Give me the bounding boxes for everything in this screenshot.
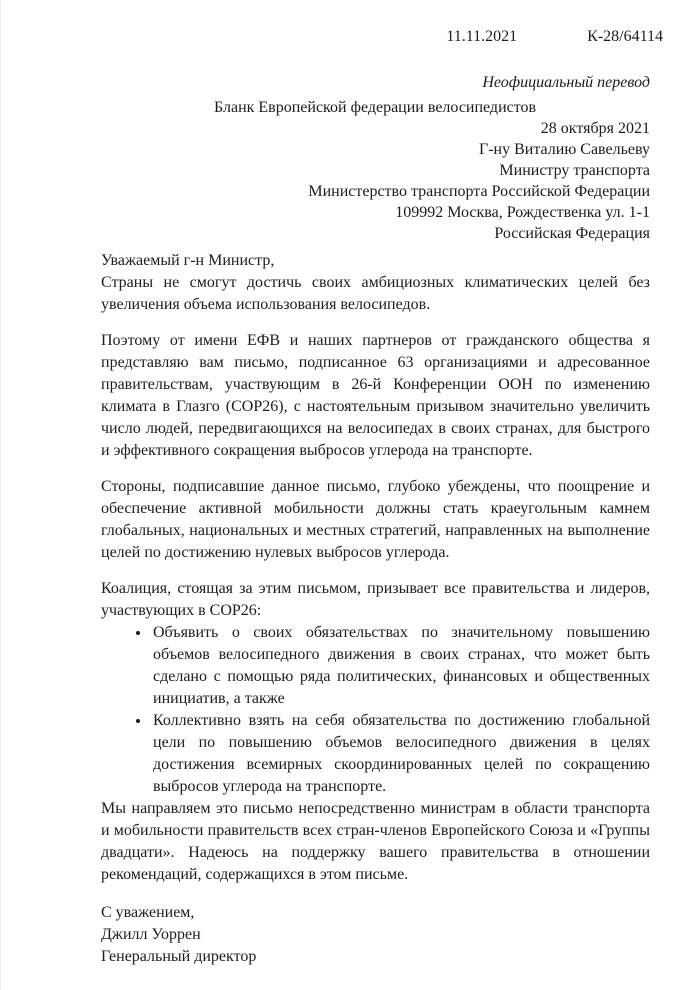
letter-date: 11.11.2021 [446, 26, 517, 47]
recipient-line-ministry: Министерство транспорта Российской Федер… [101, 181, 650, 202]
coalition-demands-list: Объявить о своих обязательствах по значи… [101, 622, 650, 798]
recipient-line-name: Г-ну Виталию Савельеву [101, 139, 650, 160]
recipient-line-street: 109992 Москва, Рождественка ул. 1-1 [101, 202, 650, 223]
signoff-title: Генеральный директор [101, 946, 650, 968]
list-item-commitments: Объявить о своих обязательствах по значи… [151, 622, 650, 710]
letter-ref-number: К-28/64114 [587, 26, 663, 47]
recipient-address-block: 28 октября 2021 Г-ну Виталию Савельеву М… [101, 118, 650, 244]
letterhead-note: Бланк Европейской федерации велосипедист… [214, 97, 650, 118]
recipient-line-position: Министру транспорта [101, 160, 650, 181]
header-date-ref: 11.11.2021 К-28/64114 [101, 26, 663, 47]
salutation: Уважаемый г-н Министр, [101, 250, 650, 272]
signoff-block: С уважением, Джилл Уоррен Генеральный ди… [101, 902, 650, 968]
list-item-collective-goal: Коллективно взять на себя обязательства … [151, 710, 650, 798]
paragraph-climate-goals: Страны не смогут достичь своих амбициозн… [101, 272, 650, 316]
paragraph-coalition-intro: Коалиция, стоящая за этим письмом, призы… [101, 578, 650, 622]
paragraph-closing: Мы направляем это письмо непосредственно… [101, 798, 650, 886]
recipient-line-country: Российская Федерация [101, 223, 650, 244]
recipient-line-date: 28 октября 2021 [101, 118, 650, 139]
signoff-regards: С уважением, [101, 902, 650, 924]
paragraph-signatories: Стороны, подписавшие данное письмо, глуб… [101, 476, 650, 564]
signoff-name: Джилл Уоррен [101, 924, 650, 946]
letter-page: 11.11.2021 К-28/64114 Неофициальный пере… [0, 0, 700, 990]
paragraph-efv-letter: Поэтому от имени ЕФВ и наших партнеров о… [101, 330, 650, 462]
translation-note: Неофициальный перевод [101, 72, 650, 93]
